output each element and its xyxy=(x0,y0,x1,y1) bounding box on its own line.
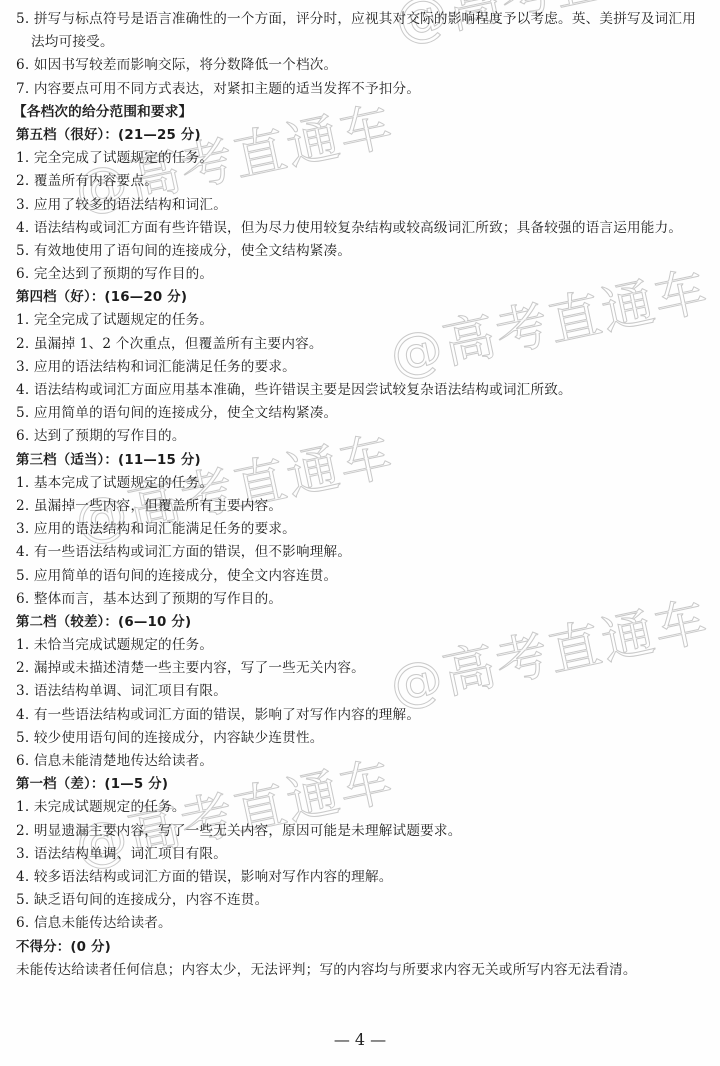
level-item: 3. 语法结构单调、词汇项目有限。 xyxy=(16,680,712,703)
level-1-block: 第一档（差）：(1—5 分) 1. 未完成试题规定的任务。 2. 明显遗漏主要内… xyxy=(16,773,712,935)
level-item: 5. 应用简单的语句间的连接成分，使全文结构紧凑。 xyxy=(16,402,712,425)
level-item: 4. 语法结构或词汇方面应用基本准确，些许错误主要是因尝试较复杂语法结构或词汇所… xyxy=(16,379,712,402)
level-item: 5. 有效地使用了语句间的连接成分，使全文结构紧凑。 xyxy=(16,240,712,263)
level-item: 3. 应用的语法结构和词汇能满足任务的要求。 xyxy=(16,518,712,541)
level-item: 5. 应用简单的语句间的连接成分，使全文内容连贯。 xyxy=(16,565,712,588)
intro-item: 5. 拼写与标点符号是语言准确性的一个方面，评分时，应视其对交际的影响程度予以考… xyxy=(16,8,712,31)
level-item: 4. 较多语法结构或词汇方面的错误，影响对写作内容的理解。 xyxy=(16,866,712,889)
zero-score-block: 不得分：(0 分) 未能传达给读者任何信息；内容太少，无法评判；写的内容均与所要… xyxy=(16,936,712,982)
level-item: 6. 信息未能清楚地传达给读者。 xyxy=(16,750,712,773)
level-item: 3. 应用了较多的语法结构和词汇。 xyxy=(16,194,712,217)
level-item: 1. 基本完成了试题规定的任务。 xyxy=(16,472,712,495)
intro-item: 7. 内容要点可用不同方式表达，对紧扣主题的适当发挥不予扣分。 xyxy=(16,78,712,101)
level-item: 3. 应用的语法结构和词汇能满足任务的要求。 xyxy=(16,356,712,379)
level-5-block: 第五档（很好）：(21—25 分) 1. 完全完成了试题规定的任务。 2. 覆盖… xyxy=(16,124,712,286)
section-title: 【各档次的给分范围和要求】 xyxy=(13,101,712,124)
level-4-block: 第四档（好）：(16—20 分) 1. 完全完成了试题规定的任务。 2. 虽漏掉… xyxy=(16,286,712,448)
level-item: 6. 完全达到了预期的写作目的。 xyxy=(16,263,712,286)
level-item: 5. 缺乏语句间的连接成分，内容不连贯。 xyxy=(16,889,712,912)
level-item: 4. 语法结构或词汇方面有些许错误，但为尽力使用较复杂结构或较高级词汇所致；具备… xyxy=(16,217,712,240)
level-item: 1. 未完成试题规定的任务。 xyxy=(16,796,712,819)
zero-heading: 不得分：(0 分) xyxy=(16,936,712,959)
zero-text: 未能传达给读者任何信息；内容太少，无法评判；写的内容均与所要求内容无关或所写内容… xyxy=(16,959,712,982)
intro-item: 6. 如因书写较差而影响交际，将分数降低一个档次。 xyxy=(16,54,712,77)
level-item: 1. 完全完成了试题规定的任务。 xyxy=(16,309,712,332)
level-heading: 第一档（差）：(1—5 分) xyxy=(16,773,712,796)
level-item: 5. 较少使用语句间的连接成分，内容缺少连贯性。 xyxy=(16,727,712,750)
level-3-block: 第三档（适当）：(11—15 分) 1. 基本完成了试题规定的任务。 2. 虽漏… xyxy=(16,449,712,611)
level-item: 1. 未恰当完成试题规定的任务。 xyxy=(16,634,712,657)
intro-item-continuation: 法均可接受。 xyxy=(16,31,712,54)
level-item: 2. 虽漏掉一些内容，但覆盖所有主要内容。 xyxy=(16,495,712,518)
document-body: 5. 拼写与标点符号是语言准确性的一个方面，评分时，应视其对交际的影响程度予以考… xyxy=(16,8,712,982)
document-page: @高考直通车 @高考直通车 @高考直通车 @高考直通车 @高考直通车 @高考直通… xyxy=(0,0,720,1066)
level-item: 3. 语法结构单调、词汇项目有限。 xyxy=(16,843,712,866)
level-item: 6. 整体而言，基本达到了预期的写作目的。 xyxy=(16,588,712,611)
level-item: 1. 完全完成了试题规定的任务。 xyxy=(16,147,712,170)
level-item: 6. 信息未能传达给读者。 xyxy=(16,912,712,935)
level-heading: 第二档（较差）：(6—10 分) xyxy=(16,611,712,634)
level-heading: 第四档（好）：(16—20 分) xyxy=(16,286,712,309)
level-2-block: 第二档（较差）：(6—10 分) 1. 未恰当完成试题规定的任务。 2. 漏掉或… xyxy=(16,611,712,773)
level-item: 2. 虽漏掉 1、2 个次重点，但覆盖所有主要内容。 xyxy=(16,333,712,356)
level-item: 2. 覆盖所有内容要点。 xyxy=(16,170,712,193)
page-number: — 4 — xyxy=(0,1030,720,1049)
level-item: 2. 漏掉或未描述清楚一些主要内容，写了一些无关内容。 xyxy=(16,657,712,680)
level-heading: 第三档（适当）：(11—15 分) xyxy=(16,449,712,472)
level-item: 2. 明显遗漏主要内容，写了一些无关内容，原因可能是未理解试题要求。 xyxy=(16,820,712,843)
level-item: 6. 达到了预期的写作目的。 xyxy=(16,425,712,448)
level-heading: 第五档（很好）：(21—25 分) xyxy=(16,124,712,147)
intro-list: 5. 拼写与标点符号是语言准确性的一个方面，评分时，应视其对交际的影响程度予以考… xyxy=(16,8,712,101)
level-item: 4. 有一些语法结构或词汇方面的错误，影响了对写作内容的理解。 xyxy=(16,704,712,727)
level-item: 4. 有一些语法结构或词汇方面的错误，但不影响理解。 xyxy=(16,541,712,564)
